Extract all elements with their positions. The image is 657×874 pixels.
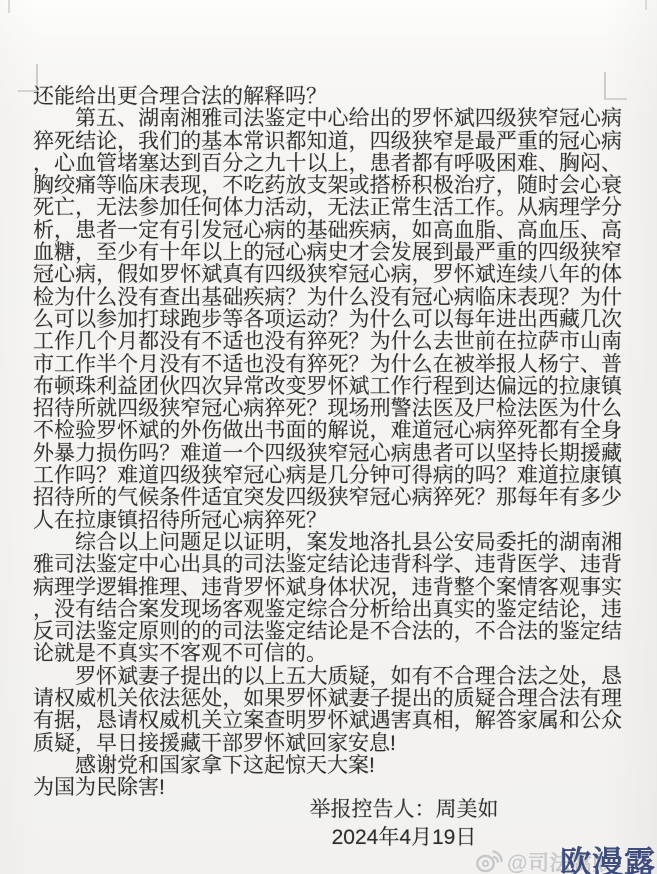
document-body: 还能给出更合理合法的解释吗？ 第五、湖南湘雅司法鉴定中心给出的罗怀斌四级狭窄冠心…: [33, 86, 622, 800]
paragraph: 感谢党和国家拿下这起惊天大案!: [33, 755, 622, 777]
paragraph: 还能给出更合理合法的解释吗？: [33, 86, 622, 108]
document-page: 还能给出更合理合法的解释吗？ 第五、湖南湘雅司法鉴定中心给出的罗怀斌四级狭窄冠心…: [0, 0, 657, 874]
date-line: 2024年4月19日: [248, 824, 560, 852]
paragraph: 综合以上问题足以证明，案发地洛扎县公安局委托的湖南湘雅司法鉴定中心出具的司法鉴定…: [33, 532, 622, 666]
signature-block: 举报控告人：周美如 2024年4月19日: [248, 796, 560, 852]
top-left-tick-mark: [8, 0, 10, 13]
paragraph: 罗怀斌妻子提出的以上五大质疑，如有不合理合法之处，恳请权威机关依法惩处，如果罗怀…: [33, 666, 622, 755]
watermark-overlay-text: 欧漫露: [560, 837, 656, 874]
signer-line: 举报控告人：周美如: [248, 796, 560, 824]
paragraph: 第五、湖南湘雅司法鉴定中心给出的罗怀斌四级狭窄冠心病猝死结论，我们的基本常识都知…: [33, 108, 622, 532]
top-right-tick-mark: [645, 0, 647, 10]
